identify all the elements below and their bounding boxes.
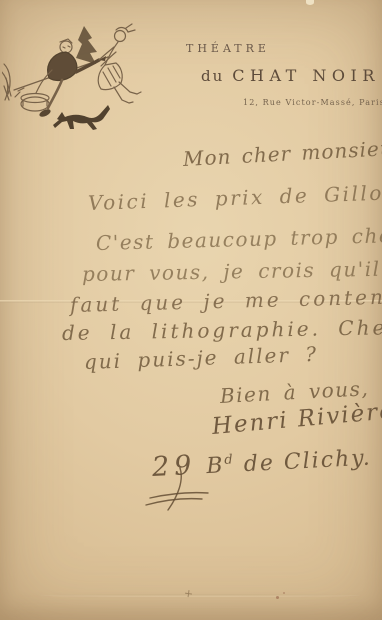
address-street-rest: de Clichy. — [243, 446, 372, 478]
ink-speck — [276, 596, 279, 599]
letterhead-chat-noir: CHAT NOIR — [232, 66, 380, 85]
signature-flourish — [138, 466, 218, 516]
woman-with-broom-figure — [98, 24, 141, 103]
black-cat — [53, 105, 110, 130]
scanned-letter-page: + THÉATRE duCHAT NOIR 12, Rue Victor-Mas… — [0, 0, 382, 620]
chat-noir-vignette-illustration — [2, 20, 142, 138]
ink-speck — [283, 592, 285, 594]
letterhead-title: duCHAT NOIR — [201, 66, 380, 85]
letterhead-theatre: THÉATRE — [186, 42, 270, 55]
hat-box — [15, 88, 49, 111]
address-street-sup: d — [224, 452, 235, 468]
paper-nick — [306, 0, 314, 5]
letterhead-du: du — [201, 67, 224, 85]
letter-body-line: C'est beaucoup trop cher — [96, 223, 382, 255]
letter-salutation: Mon cher monsieur, — [182, 135, 382, 171]
letter-body-line: faut que je me contente — [70, 284, 382, 317]
left-edge-figure-sketch — [2, 64, 11, 100]
letter-body-line: pour vous, je crois qu'il — [82, 257, 381, 286]
bottom-fold-crease — [40, 594, 360, 597]
small-cross-mark: + — [183, 587, 193, 599]
letterhead-address: 12, Rue Victor-Massé, Paris. — [243, 98, 382, 107]
letter-body-line: de la lithographie. Chez — [62, 315, 382, 345]
letter-body-line: qui puis-je aller ? — [84, 342, 319, 374]
letter-body-line: Voici les prix de Gillot — [88, 180, 382, 215]
